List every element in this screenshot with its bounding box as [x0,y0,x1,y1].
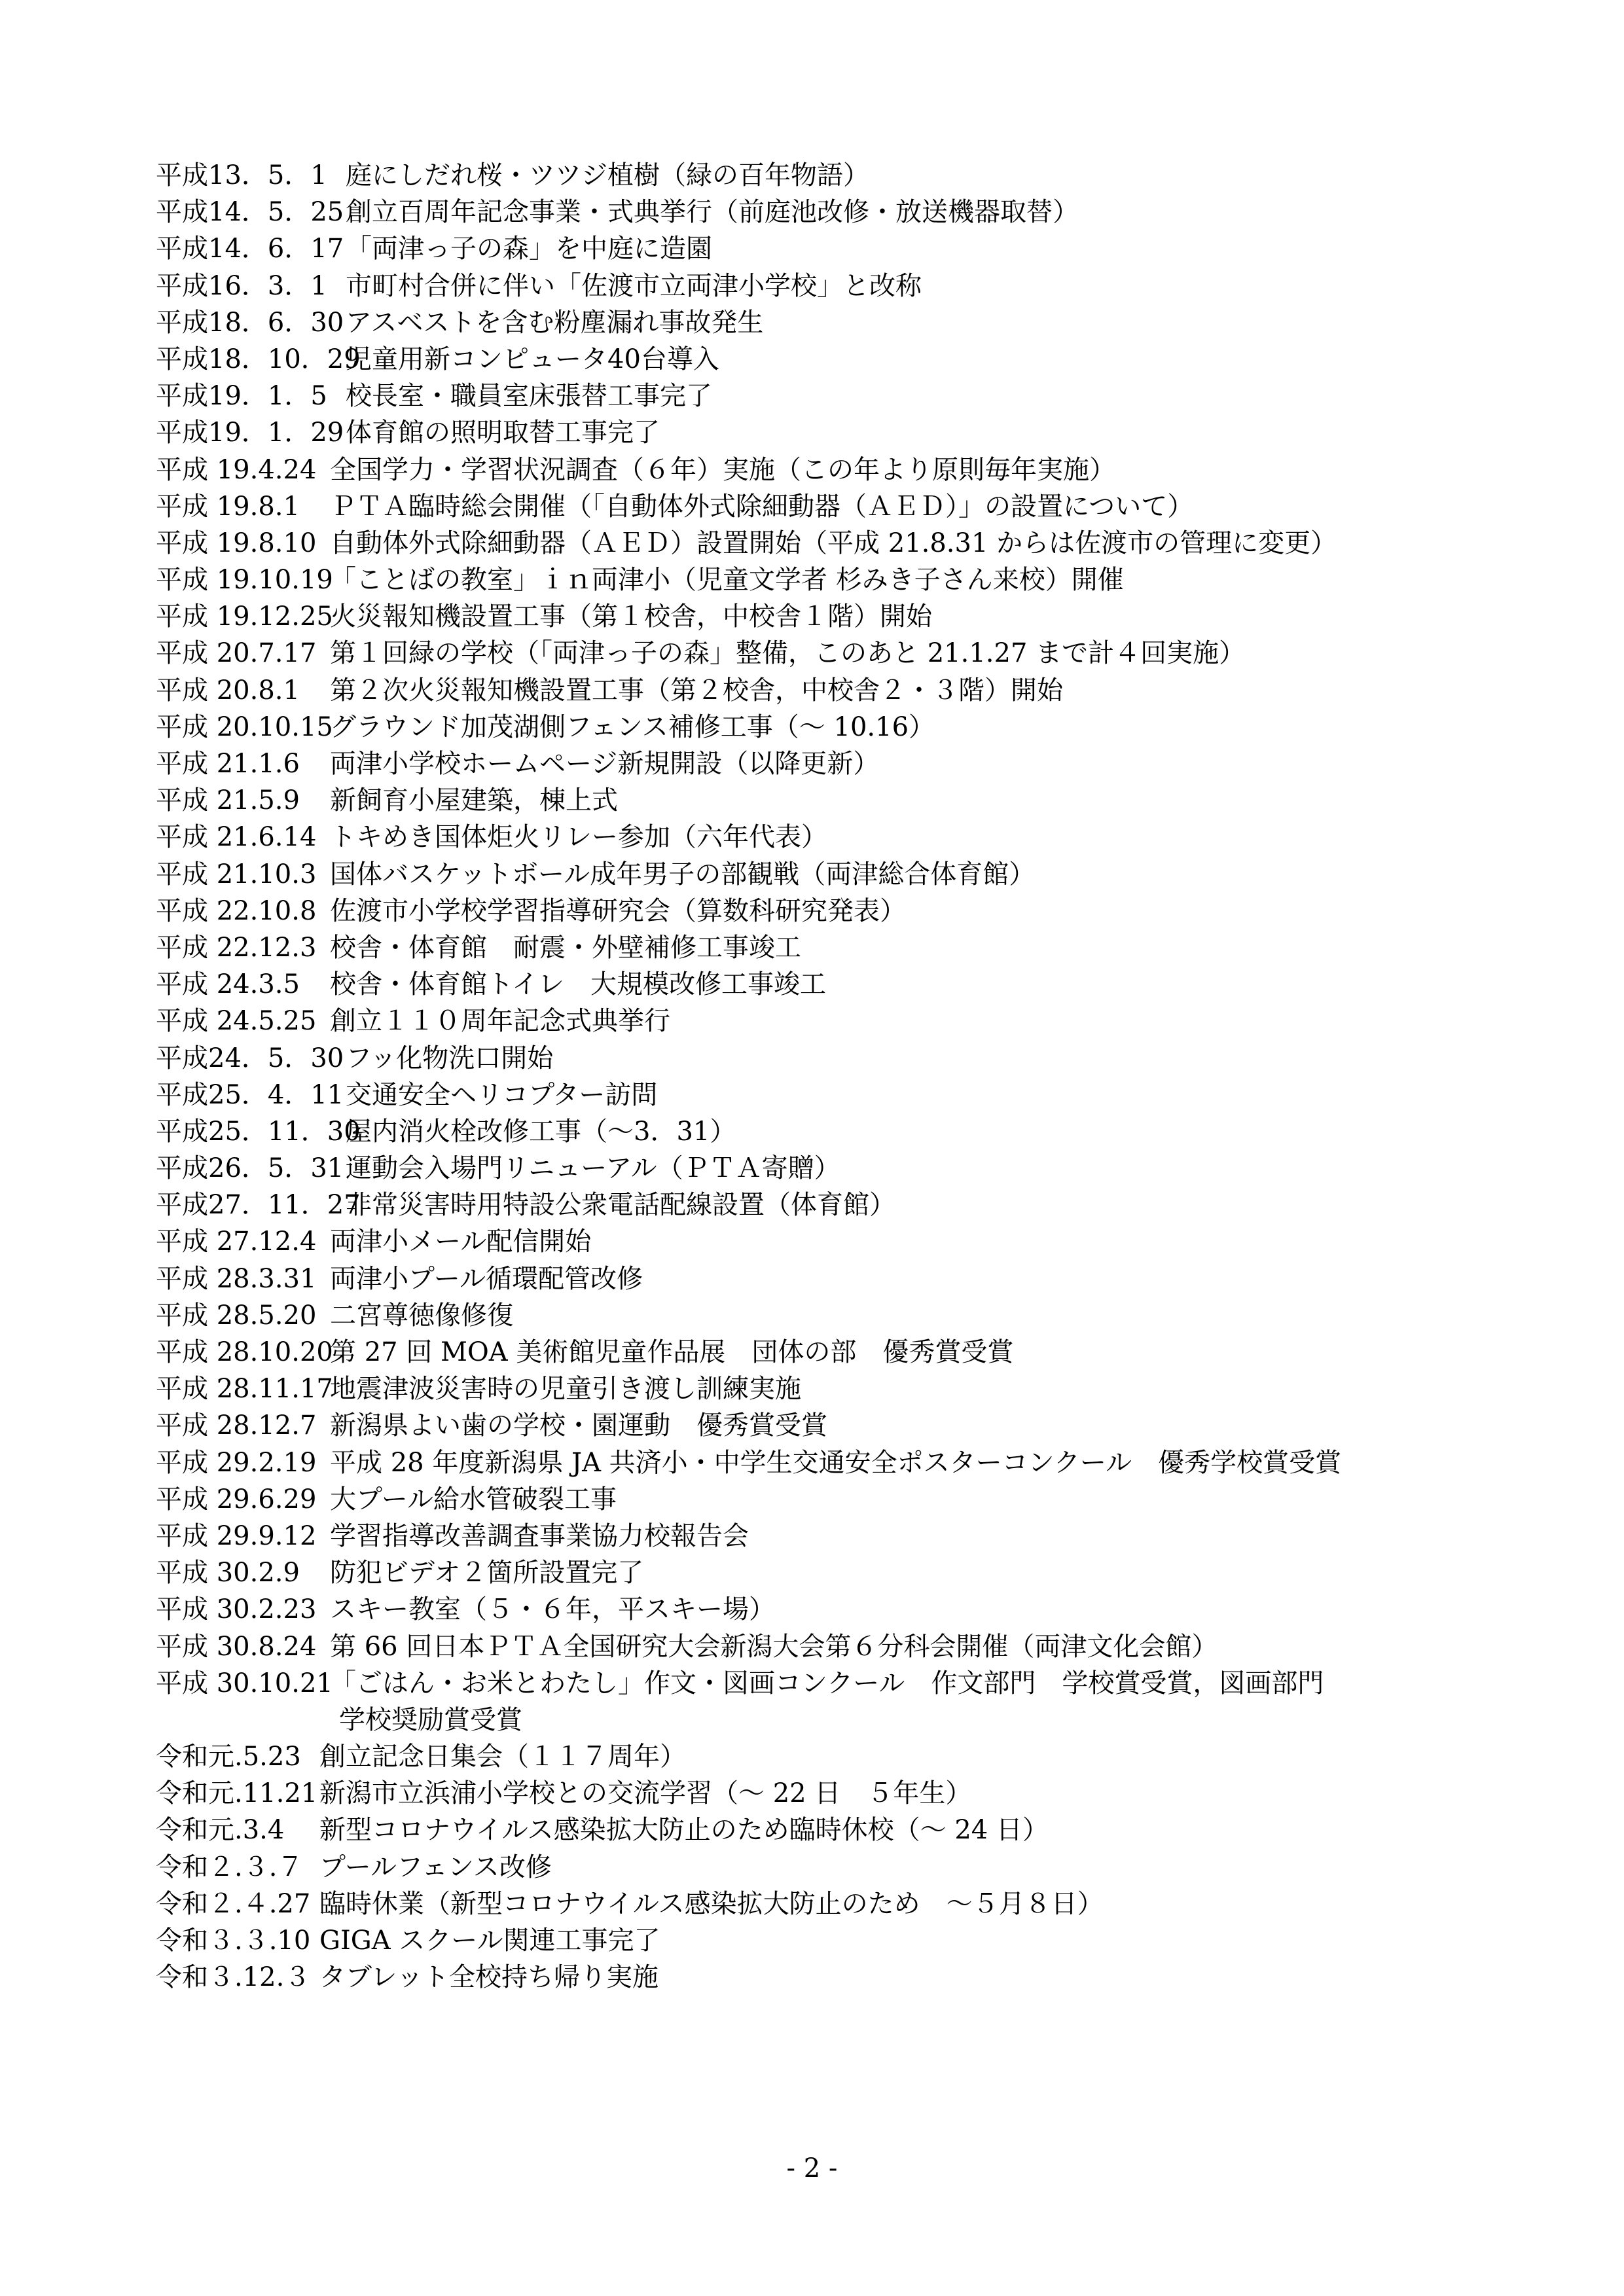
entry-date: 平成19．1．5 [156,378,346,414]
history-entry: 平成 29.2.19平成 28 年度新潟県 JA 共済小・中学生交通安全ポスター… [156,1444,1504,1481]
entry-description: 防犯ビデオ２箇所設置完了 [330,1554,643,1591]
history-entry: 令和元.3.4新型コロナウイルス感染拡大防止のため臨時休校（～ 24 日） [156,1812,1504,1848]
entry-date: 平成 29.2.19 [156,1444,330,1481]
entry-date: 平成25．11．30 [156,1113,346,1150]
history-entry: 平成26．5．31運動会入場門リニューアル（ＰＴＡ寄贈） [156,1150,1504,1187]
entry-description: 屋内消火栓改修工事（～3．31） [346,1113,736,1150]
entry-description: 新型コロナウイルス感染拡大防止のため臨時休校（～ 24 日） [319,1812,1049,1848]
entry-description: 体育館の照明取替工事完了 [346,414,660,451]
entry-date: 平成24．5．30 [156,1040,346,1077]
entry-date: 平成 28.5.20 [156,1297,330,1334]
entry-date: 令和元.5.23 [156,1738,319,1775]
school-history-list: 平成13．5．1庭にしだれ桜・ツツジ植樹（緑の百年物語）平成14．5．25創立百… [156,157,1504,1996]
entry-date: 平成 28.10.20 [156,1334,330,1371]
history-entry: 平成25．11．30屋内消火栓改修工事（～3．31） [156,1113,1504,1150]
entry-date: 平成25．4．11 [156,1077,346,1113]
history-entry: 令和２.３.７プールフェンス改修 [156,1849,1504,1886]
history-entry: 令和２.４.27臨時休業（新型コロナウイルス感染拡大防止のため ～５月８日） [156,1886,1504,1922]
entry-date: 平成 20.8.1 [156,672,330,709]
entry-date: 平成16．3．1 [156,268,346,304]
entry-description: プールフェンス改修 [319,1849,552,1886]
history-entry: 平成 28.3.31両津小プール循環配管改修 [156,1261,1504,1297]
entry-date: 平成 24.5.25 [156,1003,330,1039]
history-entry: 平成 28.12.7新潟県よい歯の学校・園運動 優秀賞受賞 [156,1407,1504,1444]
entry-date: 平成 28.3.31 [156,1261,330,1297]
history-entry: 平成 30.2.9防犯ビデオ２箇所設置完了 [156,1554,1504,1591]
history-entry: 平成 22.12.3校舎・体育館 耐震・外壁補修工事竣工 [156,929,1504,966]
entry-description: 新潟市立浜浦小学校との交流学習（～ 22 日 ５年生） [319,1775,971,1812]
entry-date: 令和２.４.27 [156,1886,319,1922]
entry-description: 第 27 回 MOA 美術館児童作品展 団体の部 優秀賞受賞 [330,1334,1013,1371]
entry-description: トキめき国体炬火リレー参加（六年代表） [330,819,827,855]
history-entry: 平成 19.12.25火災報知機設置工事（第１校舎，中校舎１階）開始 [156,598,1504,635]
entry-date: 平成 19.4.24 [156,452,330,488]
entry-description: 第 66 回日本ＰＴＡ全国研究大会新潟大会第６分科会開催（両津文化会館） [330,1628,1218,1665]
entry-date: 平成13．5．1 [156,157,346,194]
entry-description: 新飼育小屋建築，棟上式 [330,782,618,819]
entry-description: グラウンド加茂湖側フェンス補修工事（～ 10.16） [330,709,935,745]
entry-description: 校舎・体育館トイレ 大規模改修工事竣工 [330,966,826,1003]
entry-description: 「両津っ子の森」を中庭に造園 [346,230,712,267]
entry-description: 創立記念日集会（１１７周年） [319,1738,686,1775]
entry-date: 平成 21.1.6 [156,745,330,782]
history-entry: 平成18．6．30アスベストを含む粉塵漏れ事故発生 [156,304,1504,341]
history-entry: 平成 21.6.14トキめき国体炬火リレー参加（六年代表） [156,819,1504,855]
history-entry: 令和３.３.10GIGA スクール関連工事完了 [156,1922,1504,1959]
history-entry: 平成25．4．11交通安全ヘリコプター訪問 [156,1077,1504,1113]
history-entry: 平成 22.10.8佐渡市小学校学習指導研究会（算数科研究発表） [156,893,1504,929]
entry-date: 平成 20.10.15 [156,709,330,745]
history-entry: 平成 30.10.21「ごはん・お米とわたし」作文・図画コンクール 作文部門 学… [156,1665,1504,1702]
entry-description: 第２次火災報知機設置工事（第２校舎，中校舎２・３階）開始 [330,672,1063,709]
entry-description: アスベストを含む粉塵漏れ事故発生 [346,304,763,341]
entry-date: 平成 19.10.19 [156,562,330,598]
entry-date: 平成 20.7.17 [156,635,330,672]
entry-description: GIGA スクール関連工事完了 [319,1922,660,1959]
entry-date: 令和元.3.4 [156,1812,319,1848]
history-entry: 平成13．5．1庭にしだれ桜・ツツジ植樹（緑の百年物語） [156,157,1504,194]
entry-date: 平成 29.9.12 [156,1518,330,1554]
entry-date: 平成 28.12.7 [156,1407,330,1444]
entry-description: 非常災害時用特設公衆電話配線設置（体育館） [346,1187,895,1223]
entry-description: 地震津波災害時の児童引き渡し訓練実施 [330,1371,801,1407]
entry-description: フッ化物洗口開始 [346,1040,553,1077]
entry-description: 運動会入場門リニューアル（ＰＴＡ寄贈） [346,1150,840,1187]
entry-description: スキー教室（５・６年，平スキー場） [330,1591,775,1628]
entry-description: ＰＴＡ臨時総会開催（「自動体外式除細動器（ＡＥＤ）」の設置について） [330,488,1193,525]
history-entry: 平成 28.10.20第 27 回 MOA 美術館児童作品展 団体の部 優秀賞受… [156,1334,1504,1371]
entry-date: 平成 27.12.4 [156,1223,330,1260]
entry-date: 平成27．11．27 [156,1187,346,1223]
document-page: 平成13．5．1庭にしだれ桜・ツツジ植樹（緑の百年物語）平成14．5．25創立百… [0,0,1624,2296]
history-entry: 平成 20.8.1第２次火災報知機設置工事（第２校舎，中校舎２・３階）開始 [156,672,1504,709]
entry-date: 平成 22.10.8 [156,893,330,929]
history-entry: 平成 19.10.19「ことばの教室」ｉｎ両津小（児童文学者 杉みき子さん来校）… [156,562,1504,598]
history-entry: 平成 19.8.10自動体外式除細動器（ＡＥＤ）設置開始（平成 21.8.31 … [156,525,1504,562]
entry-date: 平成 21.6.14 [156,819,330,855]
entry-date: 平成26．5．31 [156,1150,346,1187]
history-entry: 令和３.12.３タブレット全校持ち帰り実施 [156,1959,1504,1996]
page-number: - 2 - [0,2152,1624,2185]
history-entry: 平成 30.8.24第 66 回日本ＰＴＡ全国研究大会新潟大会第６分科会開催（両… [156,1628,1504,1665]
entry-date: 平成 30.2.23 [156,1591,330,1628]
history-entry: 平成 21.1.6両津小学校ホームページ新規開設（以降更新） [156,745,1504,782]
history-entry: 平成 30.2.23スキー教室（５・６年，平スキー場） [156,1591,1504,1628]
entry-description: 両津小学校ホームページ新規開設（以降更新） [330,745,879,782]
entry-date: 平成14．6．17 [156,230,346,267]
entry-date: 令和元.11.21 [156,1775,319,1812]
history-entry: 平成 27.12.4両津小メール配信開始 [156,1223,1504,1260]
entry-description: 児童用新コンピュータ40台導入 [346,341,719,378]
entry-description: 市町村合併に伴い「佐渡市立両津小学校」と改称 [346,268,922,304]
entry-description: 佐渡市小学校学習指導研究会（算数科研究発表） [330,893,906,929]
history-entry: 平成 29.9.12学習指導改善調査事業協力校報告会 [156,1518,1504,1554]
history-entry: 平成 21.10.3国体バスケットボール成年男子の部観戦（両津総合体育館） [156,856,1504,893]
history-entry: 平成16．3．1市町村合併に伴い「佐渡市立両津小学校」と改称 [156,268,1504,304]
entry-date: 平成 19.12.25 [156,598,330,635]
entry-date: 平成 30.10.21 [156,1665,330,1702]
entry-description: 自動体外式除細動器（ＡＥＤ）設置開始（平成 21.8.31 からは佐渡市の管理に… [330,525,1337,562]
entry-description: タブレット全校持ち帰り実施 [319,1959,659,1996]
entry-description-continued: 学校奨励賞受賞 [339,1702,522,1738]
history-entry: 平成14．5．25創立百周年記念事業・式典挙行（前庭池改修・放送機器取替） [156,194,1504,230]
entry-description: 国体バスケットボール成年男子の部観戦（両津総合体育館） [330,856,1035,893]
entry-description: 第１回緑の学校（「両津っ子の森」整備，このあと 21.1.27 まで計４回実施） [330,635,1245,672]
entry-description: 二宮尊徳像修復 [330,1297,513,1334]
entry-description: 創立１１０周年記念式典挙行 [330,1003,670,1039]
entry-description: 「ことばの教室」ｉｎ両津小（児童文学者 杉みき子さん来校）開催 [330,562,1124,598]
entry-description: 両津小メール配信開始 [330,1223,591,1260]
history-entry: 平成27．11．27非常災害時用特設公衆電話配線設置（体育館） [156,1187,1504,1223]
entry-description: 平成 28 年度新潟県 JA 共済小・中学生交通安全ポスターコンクール 優秀学校… [330,1444,1341,1481]
history-entry: 平成 19.8.1ＰＴＡ臨時総会開催（「自動体外式除細動器（ＡＥＤ）」の設置につ… [156,488,1504,525]
history-entry: 平成24．5．30フッ化物洗口開始 [156,1040,1504,1077]
entry-date: 平成19．1．29 [156,414,346,451]
entry-date: 平成 19.8.10 [156,525,330,562]
entry-date: 令和３.12.３ [156,1959,319,1996]
entry-description: 火災報知機設置工事（第１校舎，中校舎１階）開始 [330,598,932,635]
entry-date: 平成14．5．25 [156,194,346,230]
history-entry: 平成 24.5.25創立１１０周年記念式典挙行 [156,1003,1504,1039]
history-entry: 平成 24.3.5校舎・体育館トイレ 大規模改修工事竣工 [156,966,1504,1003]
entry-date: 平成 21.5.9 [156,782,330,819]
entry-description: 大プール給水管破裂工事 [330,1481,617,1518]
entry-description: 両津小プール循環配管改修 [330,1261,643,1297]
entry-description: 庭にしだれ桜・ツツジ植樹（緑の百年物語） [346,157,869,194]
entry-date: 平成 30.2.9 [156,1554,330,1591]
history-entry: 令和元.5.23創立記念日集会（１１７周年） [156,1738,1504,1775]
entry-date: 令和２.３.７ [156,1849,319,1886]
history-entry: 平成 29.6.29大プール給水管破裂工事 [156,1481,1504,1518]
entry-description: 校舎・体育館 耐震・外壁補修工事竣工 [330,929,801,966]
history-entry: 令和元.11.21新潟市立浜浦小学校との交流学習（～ 22 日 ５年生） [156,1775,1504,1812]
entry-date: 平成 29.6.29 [156,1481,330,1518]
history-entry: 平成 20.10.15グラウンド加茂湖側フェンス補修工事（～ 10.16） [156,709,1504,745]
entry-date: 平成18．6．30 [156,304,346,341]
entry-date: 平成 22.12.3 [156,929,330,966]
history-entry: 平成 28.5.20二宮尊徳像修復 [156,1297,1504,1334]
entry-date: 平成 28.11.17 [156,1371,330,1407]
history-entry: 平成 28.11.17地震津波災害時の児童引き渡し訓練実施 [156,1371,1504,1407]
entry-date: 平成 19.8.1 [156,488,330,525]
entry-description: 新潟県よい歯の学校・園運動 優秀賞受賞 [330,1407,827,1444]
entry-description: 「ごはん・お米とわたし」作文・図画コンクール 作文部門 学校賞受賞，図画部門 [330,1665,1482,1702]
entry-description: 創立百周年記念事業・式典挙行（前庭池改修・放送機器取替） [346,194,1079,230]
history-entry-continuation: 学校奨励賞受賞 [156,1702,1504,1738]
history-entry: 平成14．6．17「両津っ子の森」を中庭に造園 [156,230,1504,267]
entry-date: 平成 24.3.5 [156,966,330,1003]
entry-description: 臨時休業（新型コロナウイルス感染拡大防止のため ～５月８日） [319,1886,1104,1922]
entry-description: 全国学力・学習状況調査（６年）実施（この年より原則毎年実施） [330,452,1115,488]
history-entry: 平成 20.7.17第１回緑の学校（「両津っ子の森」整備，このあと 21.1.2… [156,635,1504,672]
entry-date: 平成18．10．29 [156,341,346,378]
history-entry: 平成18．10．29児童用新コンピュータ40台導入 [156,341,1504,378]
entry-description: 学習指導改善調査事業協力校報告会 [330,1518,749,1554]
entry-date: 令和３.３.10 [156,1922,319,1959]
entry-description: 交通安全ヘリコプター訪問 [346,1077,657,1113]
history-entry: 平成19．1．29体育館の照明取替工事完了 [156,414,1504,451]
entry-date: 平成 30.8.24 [156,1628,330,1665]
history-entry: 平成 19.4.24全国学力・学習状況調査（６年）実施（この年より原則毎年実施） [156,452,1504,488]
entry-date: 平成 21.10.3 [156,856,330,893]
history-entry: 平成 21.5.9新飼育小屋建築，棟上式 [156,782,1504,819]
history-entry: 平成19．1．5校長室・職員室床張替工事完了 [156,378,1504,414]
entry-description: 校長室・職員室床張替工事完了 [346,378,712,414]
